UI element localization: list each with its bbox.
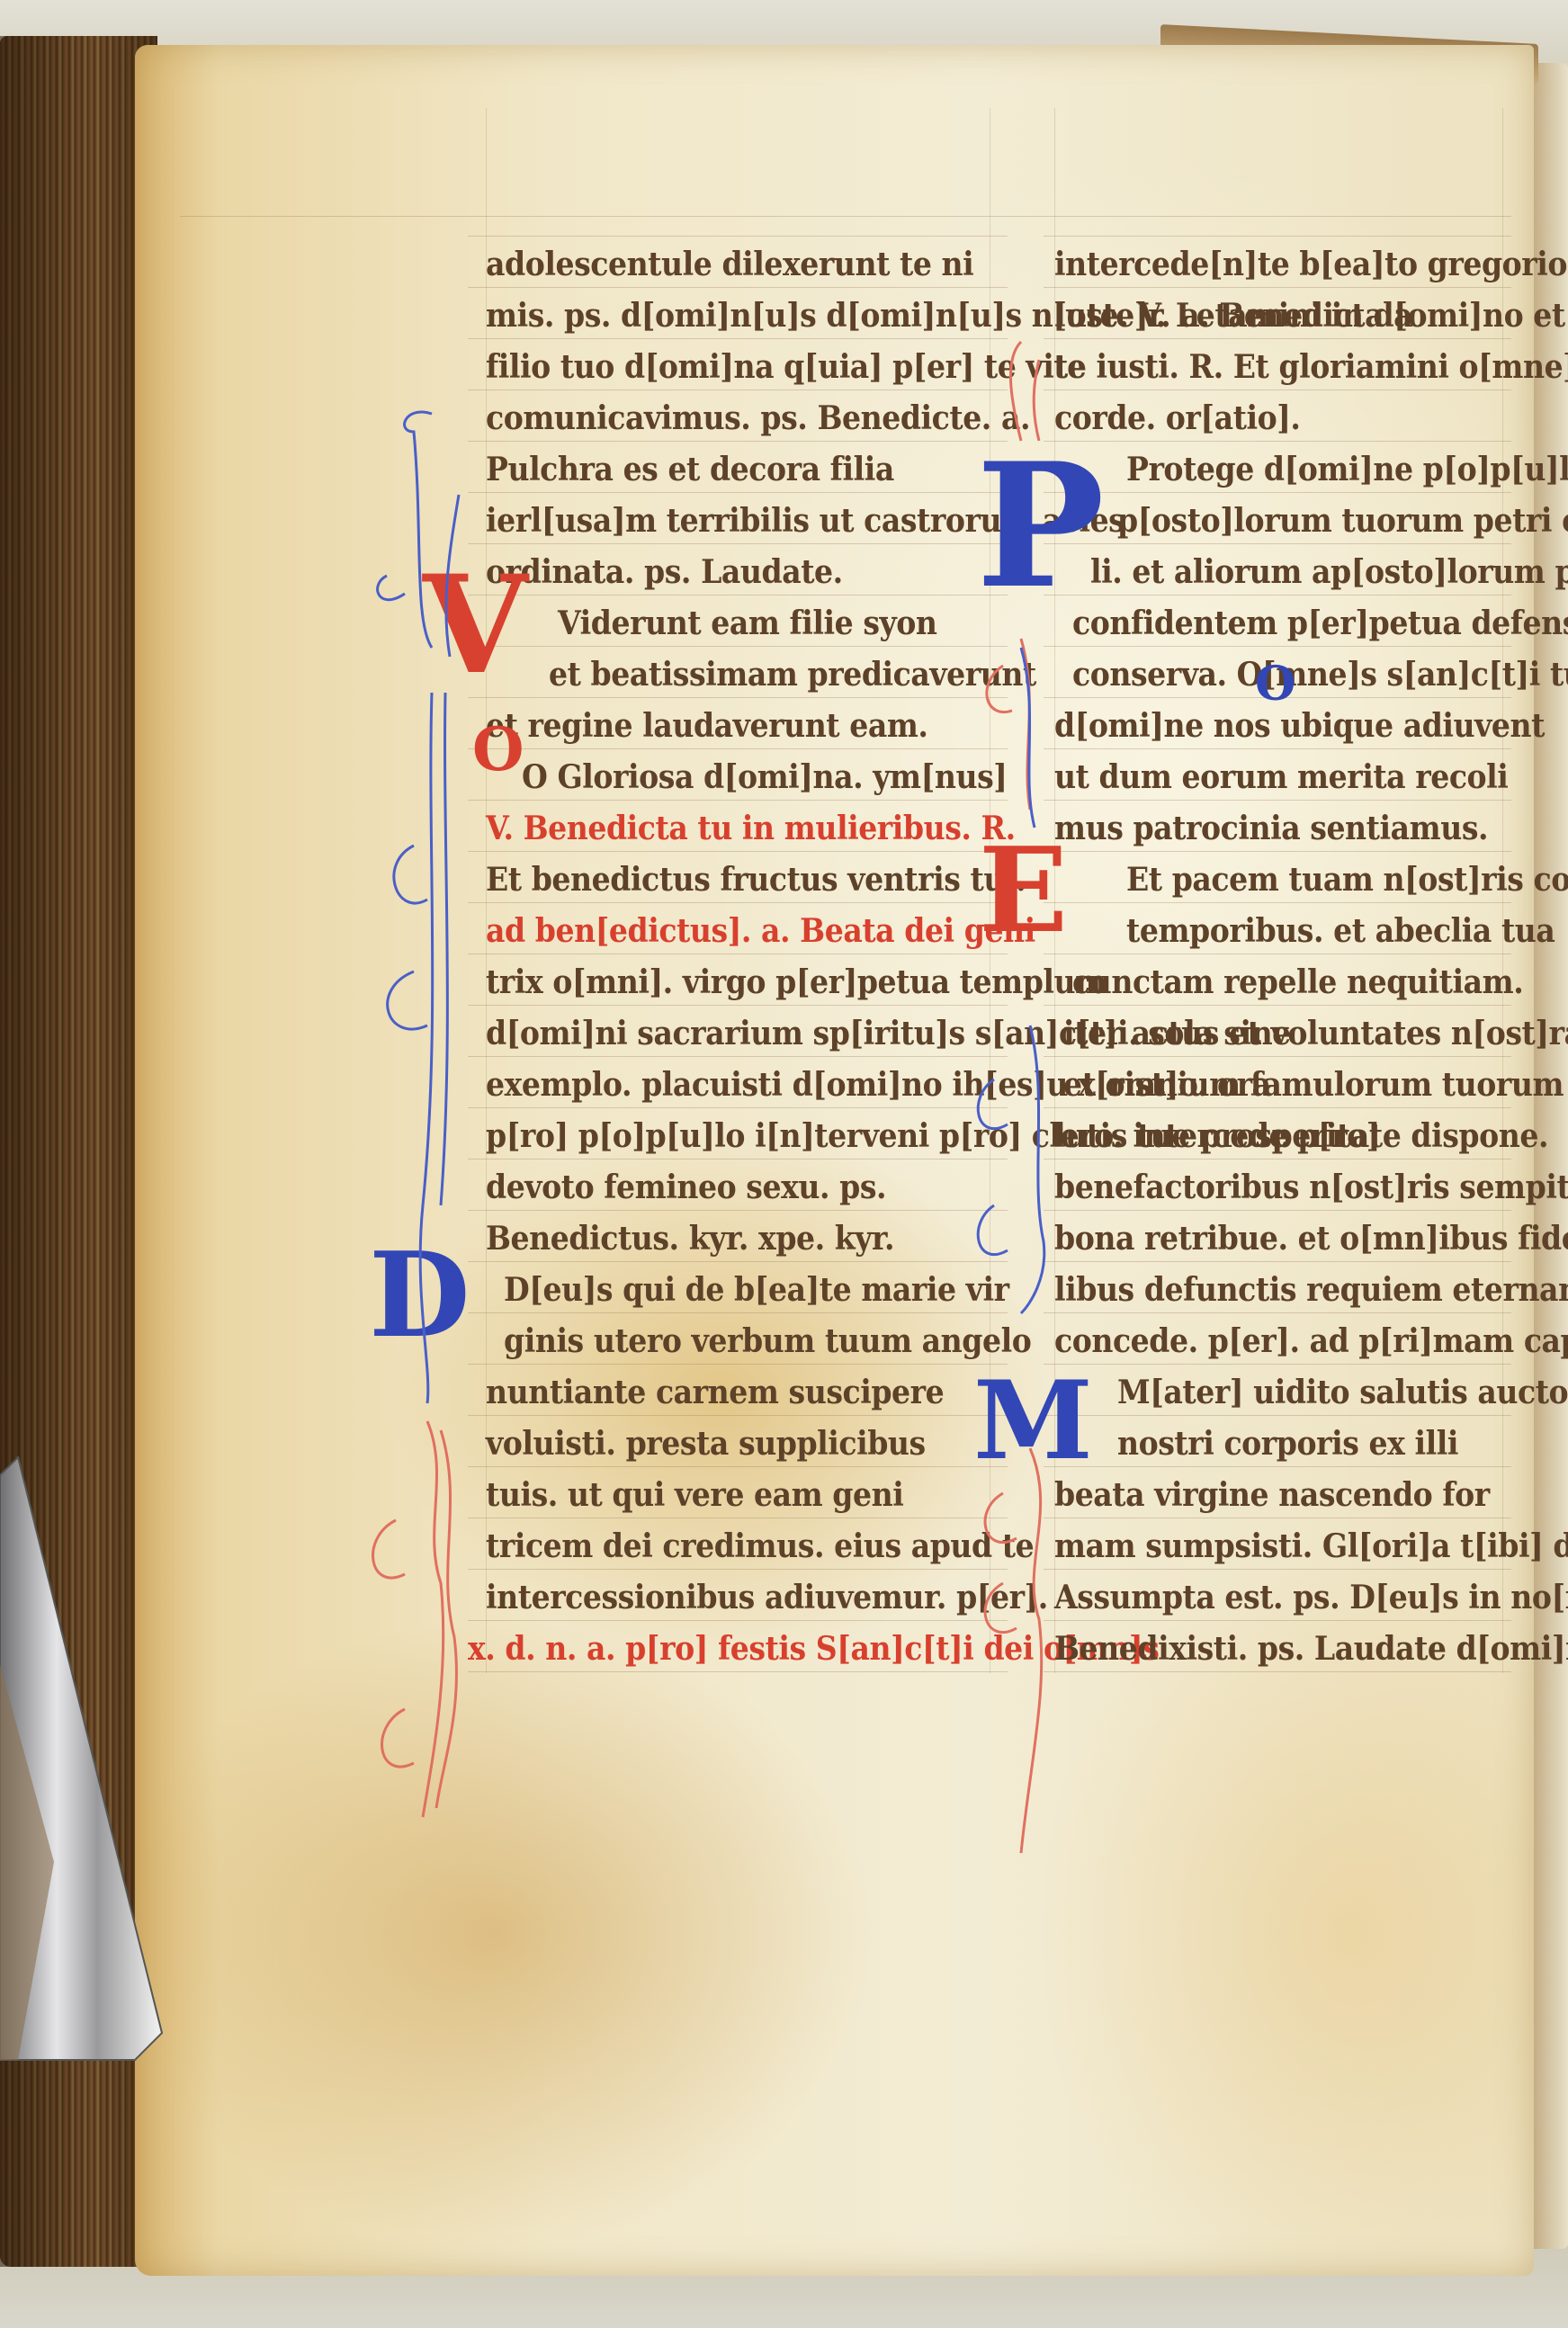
initial-p: P xyxy=(976,441,1105,612)
text-line: li. et aliorum ap[osto]lorum patrocinio xyxy=(1090,552,1568,592)
text-line: et beatissimam predicaverunt xyxy=(549,655,1036,694)
text-line: bona retribue. et o[mn]ibus fide xyxy=(1054,1219,1568,1258)
initial-o: O xyxy=(472,720,524,779)
text-line: intercessionibus adiuvemur. p[er]. xyxy=(486,1578,1048,1617)
text-line: ordinata. ps. Laudate. xyxy=(486,552,843,592)
initial-o-small: O xyxy=(1255,661,1295,708)
text-line: Assumpta est. ps. D[eu]s in no[m]i[n]e t… xyxy=(1054,1578,1568,1617)
text-line: D[eu]s qui de b[ea]te marie vir xyxy=(504,1270,1009,1310)
text-line: p[osto]lorum tuorum petri et pau xyxy=(1117,501,1568,541)
text-line: lute. V. Letamini in d[omi]no et exulta xyxy=(1054,296,1568,336)
text-line: te iusti. R. Et gloriamini o[mne]s recti xyxy=(1054,347,1568,387)
left-text-column: adolescentule dilexerunt te ni mis. ps. … xyxy=(486,245,990,1702)
text-line: Protege d[omi]ne p[o]p[u]l[u]m tuum et a xyxy=(1126,450,1568,489)
text-line: mus patrocinia sentiamus. xyxy=(1054,809,1488,848)
text-line: et omnium famulorum tuorum in sa xyxy=(1063,1065,1568,1105)
text-line: nostri corporis ex illi xyxy=(1117,1424,1458,1464)
text-line: nuntiante carnem suscipere xyxy=(486,1373,944,1412)
text-line: iter actus et voluntates n[ost]ras xyxy=(1063,1014,1568,1053)
text-line: beata virgine nascendo for xyxy=(1054,1475,1490,1515)
text-line: Benedixisti. ps. Laudate d[omi]n[u]m. ca… xyxy=(1054,1629,1568,1669)
text-line: et regine laudaverunt eam. xyxy=(486,706,927,746)
text-line: comunicavimus. ps. Benedicte. a. xyxy=(486,398,1030,438)
rubric-line: V. Benedicta tu in mulieribus. R. xyxy=(486,809,1016,848)
metal-page-clip xyxy=(0,1439,171,2069)
text-line: tricem dei credimus. eius apud te xyxy=(486,1527,1034,1566)
text-line: tuis. ut qui vere eam geni xyxy=(486,1475,903,1515)
text-line: confidentem p[er]petua defensione xyxy=(1072,604,1568,643)
text-line: intercede[n]te b[ea]to gregorio p[er] nu… xyxy=(1054,245,1568,284)
initial-d: D xyxy=(369,1237,470,1354)
text-line: adolescentule dilexerunt te ni xyxy=(486,245,973,284)
text-line: temporibus. et abeclia tua xyxy=(1126,911,1555,951)
text-line: devoto femineo sexu. ps. xyxy=(486,1168,886,1207)
text-line: Et pacem tuam n[ost]ris concede xyxy=(1126,860,1568,900)
text-line: mam sumpsisti. Gl[ori]a t[ibi] d[omi]ne.… xyxy=(1054,1527,1568,1566)
text-line: ginis utero verbum tuum angelo xyxy=(504,1321,1031,1361)
text-line: O Gloriosa d[omi]na. ym[nus] xyxy=(522,757,1007,797)
text-line: conserva. O[mne]s s[an]c[t]i tui q[uaesu… xyxy=(1072,655,1568,694)
text-line: concede. p[er]. ad p[ri]mam cap[itulum] xyxy=(1054,1321,1568,1361)
initial-v: V xyxy=(423,558,527,693)
text-line: Viderunt eam filie syon xyxy=(558,604,937,643)
initial-m: M xyxy=(973,1367,1093,1475)
text-line: lutis tue prosperitate dispone. xyxy=(1054,1116,1548,1156)
text-line: trix o[mni]. virgo p[er]petua templum xyxy=(486,963,1107,1002)
text-line: filio tuo d[omi]na q[uia] p[er] te vite xyxy=(486,347,1086,387)
text-line: d[omi]ne nos ubique adiuvent xyxy=(1054,706,1545,746)
rubric-line: ad ben[edictus]. a. Beata dei geni xyxy=(486,911,1035,951)
text-line: Et benedictus fructus ventris tui. xyxy=(486,860,1026,900)
right-text-column: intercede[n]te b[ea]to gregorio p[er] nu… xyxy=(1054,245,1504,1702)
text-line: cunctam repelle nequitiam. xyxy=(1072,963,1523,1002)
text-line: Benedictus. kyr. xpe. kyr. xyxy=(486,1219,894,1258)
text-line: ut dum eorum merita recoli xyxy=(1054,757,1508,797)
text-line: M[ater] uidito salutis auctor q[ui] xyxy=(1117,1373,1568,1412)
text-line: libus defunctis requiem eternam xyxy=(1054,1270,1568,1310)
text-line: benefactoribus n[ost]ris sempiterna xyxy=(1054,1168,1568,1207)
text-line: voluisti. presta supplicibus xyxy=(486,1424,926,1464)
text-line: Pulchra es et decora filia xyxy=(486,450,894,489)
initial-e: E xyxy=(979,832,1068,949)
